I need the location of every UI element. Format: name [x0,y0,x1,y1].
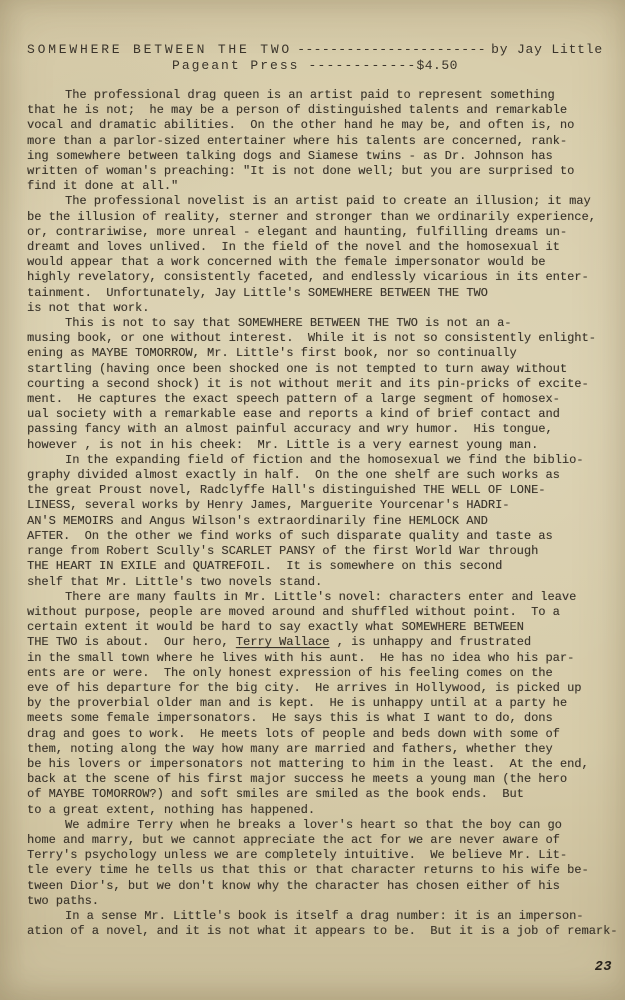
book-title: SOMEWHERE BETWEEN THE TWO [27,42,292,57]
title-leader-dashes: ----------------------- [297,42,486,57]
paragraph-4: In the expanding field of fiction and th… [27,453,623,590]
paragraph-1: The professional drag queen is an artist… [27,88,623,194]
price-leader-dashes: ------------ [308,58,416,73]
character-name-underlined: Terry Wallace [236,635,330,649]
review-header: SOMEWHERE BETWEEN THE TWO---------------… [27,42,623,73]
page-number: 23 [595,960,612,975]
page-content: SOMEWHERE BETWEEN THE TWO---------------… [27,42,623,939]
price: $4.50 [416,58,458,73]
byline: by Jay Little [491,42,603,57]
paragraph-7: In a sense Mr. Little's book is itself a… [27,909,623,939]
paragraph-3: This is not to say that SOMEWHERE BETWEE… [27,316,623,453]
paragraph-5: There are many faults in Mr. Little's no… [27,590,623,818]
publisher-line: Pageant Press------------$4.50 [27,58,603,73]
publisher: Pageant Press [172,58,299,73]
paragraph-6: We admire Terry when he breaks a lover's… [27,818,623,909]
title-line: SOMEWHERE BETWEEN THE TWO---------------… [27,42,603,57]
paragraph-5-after: , is unhappy and frustrated in the small… [27,635,589,816]
paragraph-2: The professional novelist is an artist p… [27,194,623,316]
scanned-review-page: SOMEWHERE BETWEEN THE TWO---------------… [0,0,625,1000]
review-body: The professional drag queen is an artist… [27,88,623,939]
